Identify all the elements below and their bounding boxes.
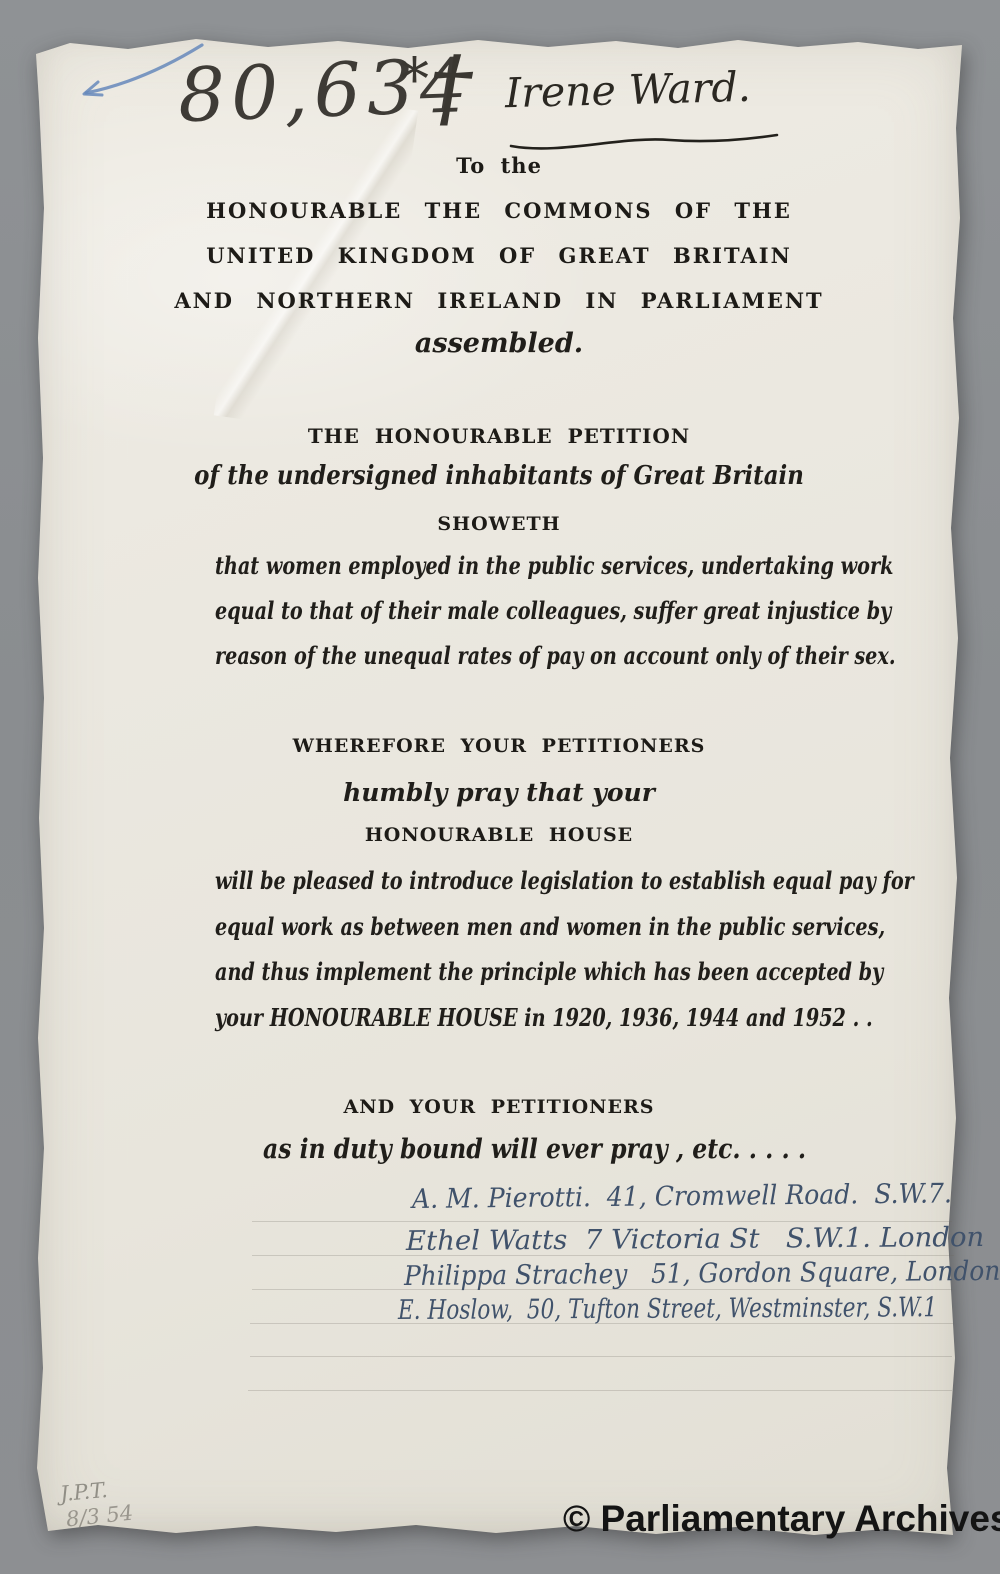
- signature-2: Ethel Watts 7 Victoria St S.W.1. London: [406, 1222, 984, 1257]
- wherefore-heading: WHEREFORE YOUR PETITIONERS: [36, 735, 962, 757]
- prayer-line-2: equal work as between men and women in t…: [215, 912, 885, 941]
- showeth-line-1: that women employed in the public servic…: [215, 551, 893, 580]
- house-heading: HONOURABLE HOUSE: [36, 824, 962, 846]
- prayer-line-3: and thus implement the principle which h…: [215, 957, 883, 986]
- scanned-petition-page: 80,634 *† Irene Ward. To the HONOURABLE …: [0, 0, 1000, 1574]
- pray-line: humbly pray that your: [36, 778, 962, 807]
- petition-heading: THE HONOURABLE PETITION: [36, 424, 962, 448]
- mp-name-annotation: Irene Ward.: [504, 63, 751, 117]
- address-line-4: assembled.: [36, 328, 962, 359]
- showeth-line-2: equal to that of their male colleagues, …: [215, 596, 891, 625]
- prayer-line-1: will be pleased to introduce legislation…: [215, 866, 914, 895]
- closing-line: as in duty bound will ever pray , etc. .…: [263, 1134, 806, 1165]
- signature-4: E. Hoslow, 50, Tufton Street, Westminste…: [398, 1292, 937, 1326]
- showeth-label: SHOWETH: [36, 513, 962, 535]
- ruled-line: [252, 1221, 952, 1222]
- petitioners-heading: AND YOUR PETITIONERS: [36, 1096, 962, 1118]
- dagger-mark: †: [429, 38, 472, 138]
- salutation: To the: [36, 153, 962, 178]
- asterisk-mark: *: [400, 45, 429, 113]
- petition-subheading: of the undersigned inhabitants of Great …: [92, 461, 907, 491]
- signature-1: A. M. Pierotti. 41, Cromwell Road. S.W.7…: [412, 1178, 952, 1215]
- ruled-line: [248, 1390, 952, 1391]
- address-line-2: UNITED KINGDOM OF GREAT BRITAIN: [36, 243, 962, 268]
- address-line-3: AND NORTHERN IRELAND IN PARLIAMENT: [36, 288, 962, 313]
- ruled-line: [250, 1356, 952, 1357]
- signature-3: Philippa Strachey 51, Gordon Square, Lon…: [404, 1256, 1000, 1292]
- pencil-initials: J.P.T.: [59, 1478, 109, 1506]
- archive-watermark: © Parliamentary Archives: [563, 1498, 1000, 1540]
- showeth-line-3: reason of the unequal rates of pay on ac…: [215, 641, 896, 670]
- prayer-line-4: your HONOURABLE HOUSE in 1920, 1936, 194…: [215, 1003, 873, 1032]
- address-line-1: HONOURABLE THE COMMONS OF THE: [36, 198, 962, 223]
- reference-marks: *†: [400, 38, 472, 138]
